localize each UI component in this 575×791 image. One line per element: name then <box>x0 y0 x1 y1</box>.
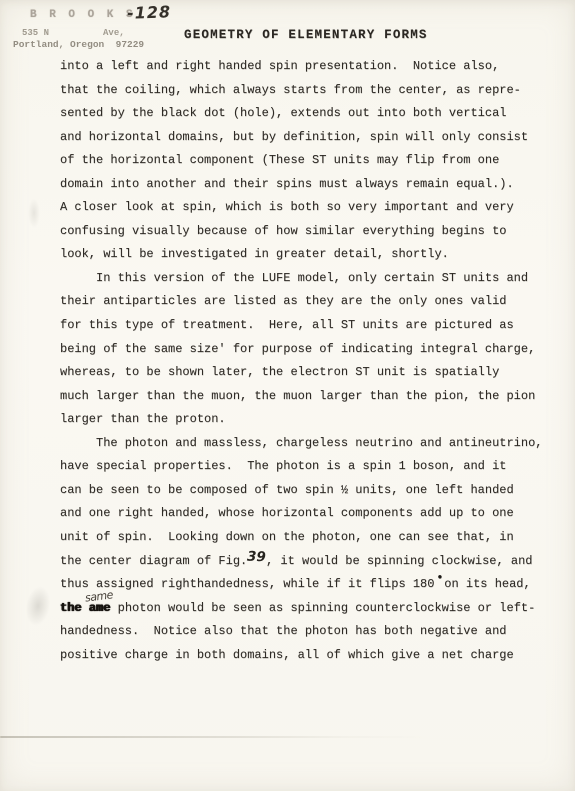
handwritten-page-number: -128 <box>127 2 172 23</box>
text-line: sented by the black dot (hole), extends … <box>60 102 560 126</box>
text-line: confusing visually because of how simila… <box>60 220 560 244</box>
text-line-degree-mark: thus assigned righthandedness, while if … <box>60 573 560 597</box>
text-line: that the coiling, which always starts fr… <box>60 79 560 103</box>
text-line: can be seen to be composed of two spin ½… <box>60 479 560 503</box>
text-segment: the <box>60 601 89 615</box>
text-line: positive charge in both domains, all of … <box>60 644 560 668</box>
margin-smudge <box>28 198 40 228</box>
text-segment: the center diagram of Fig. <box>60 554 247 568</box>
text-line: The photon and massless, chargeless neut… <box>60 432 560 456</box>
text-line: domain into another and their spins must… <box>60 173 560 197</box>
page-title: GEOMETRY OF ELEMENTARY FORMS <box>184 28 428 42</box>
text-line: whereas, to be shown later, the electron… <box>60 361 560 385</box>
handwritten-degree-dot: ● <box>437 566 442 590</box>
handwritten-correction: same <box>83 583 114 610</box>
paper-crease <box>0 736 430 738</box>
text-line: look, will be investigated in greater de… <box>60 243 560 267</box>
text-line: unit of spin. Looking down on the photon… <box>60 526 560 550</box>
document-page: B R O O K S -128 535 N Ave, Portland, Or… <box>0 0 575 791</box>
overstruck-word: amesame <box>89 597 111 621</box>
text-segment: , it would be spinning clockwise, and <box>266 554 532 568</box>
text-line: their antiparticles are listed as they a… <box>60 290 560 314</box>
text-segment: on its head, <box>444 577 530 591</box>
text-line: into a left and right handed spin presen… <box>60 55 560 79</box>
text-line: handedness. Notice also that the photon … <box>60 620 560 644</box>
stamp-city-line: Portland, Oregon 97229 <box>13 39 144 50</box>
text-line: being of the same size' for purpose of i… <box>60 338 560 362</box>
text-line: of the horizontal component (These ST un… <box>60 149 560 173</box>
text-line: have special properties. The photon is a… <box>60 455 560 479</box>
text-line: and one right handed, whose horizontal c… <box>60 502 560 526</box>
text-line: In this version of the LUFE model, only … <box>60 267 560 291</box>
handwritten-figure-number: 39 <box>247 546 267 570</box>
text-line: and horizontal domains, but by definitio… <box>60 126 560 150</box>
margin-smudge <box>23 584 54 628</box>
text-line: much larger than the muon, the muon larg… <box>60 385 560 409</box>
text-line: for this type of treatment. Here, all ST… <box>60 314 560 338</box>
text-line: larger than the proton. <box>60 408 560 432</box>
text-segment: photon would be seen as spinning counter… <box>110 601 535 615</box>
stamp-name: B R O O K S <box>30 9 136 21</box>
text-line-figure-reference: the center diagram of Fig.39, it would b… <box>60 549 560 573</box>
text-line: A closer look at spin, which is both so … <box>60 196 560 220</box>
text-line-correction: the amesame photon would be seen as spin… <box>60 597 560 621</box>
text-segment: thus assigned righthandedness, while if … <box>60 577 434 591</box>
stamp-address-line: 535 N Ave, <box>22 28 125 38</box>
body-text: into a left and right handed spin presen… <box>60 55 560 667</box>
